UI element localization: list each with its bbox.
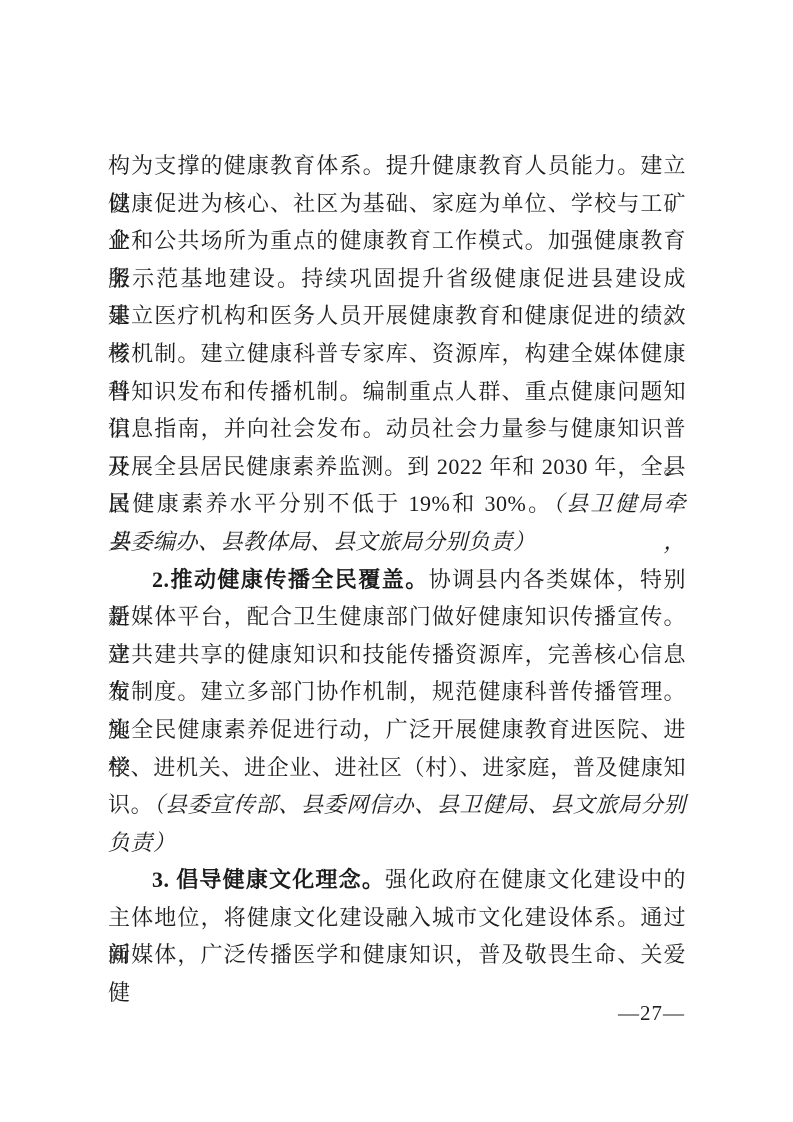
document-page: 构为支撑的健康教育体系。提升健康教育人员能力。建立以健康促进为核心、社区为基础、… bbox=[0, 0, 793, 1122]
text-line: 构为支撑的健康教育体系。提升健康教育人员能力。建立以 bbox=[108, 147, 686, 185]
text-line: 闻媒体，广泛传播医学和健康知识，普及敬畏生命、关爱健 bbox=[108, 936, 686, 974]
body-text-run: 校、进机关、进企业、进社区（村）、进家庭，普及健康知 bbox=[108, 755, 686, 780]
body-text-run: 识。 bbox=[108, 792, 153, 817]
text-line: 2.推动健康传播全民覆盖。协调县内各类媒体，特别是 bbox=[108, 561, 686, 599]
text-line: 健康促进为核心、社区为基础、家庭为单位、学校与工矿企 bbox=[108, 185, 686, 223]
responsibility-note-run: 县委编办、县教体局、县文旅局分别负责） bbox=[108, 529, 536, 554]
responsibility-note-run: （县委宣传部、县委网信办、县卫健局、县文旅局分别 bbox=[153, 792, 686, 817]
text-line: 核机制。建立健康科普专家库、资源库，构建全媒体健康科 bbox=[108, 335, 686, 373]
text-line: 施全民健康素养促进行动，广泛开展健康教育进医院、进学 bbox=[108, 711, 686, 749]
section-heading-run: 2.推动健康传播全民覆盖。 bbox=[152, 567, 429, 592]
body-text-run: 强化政府在健康文化建设中的 bbox=[385, 867, 686, 892]
text-line: 立共建共享的健康知识和技能传播资源库，完善核心信息发 bbox=[108, 636, 686, 674]
body-text-run: 民健康素养水平分别不低于 19%和 30%。 bbox=[108, 491, 553, 516]
text-line: 识。（县委宣传部、县委网信办、县卫健局、县文旅局分别 bbox=[108, 786, 686, 824]
text-line: 布制度。建立多部门协作机制，规范健康科普传播管理。实 bbox=[108, 673, 686, 711]
document-body: 构为支撑的健康教育体系。提升健康教育人员能力。建立以健康促进为核心、社区为基础、… bbox=[108, 147, 686, 974]
text-line: 建立医疗机构和医务人员开展健康教育和健康促进的绩效考 bbox=[108, 297, 686, 335]
text-line: 主体地位，将健康文化建设融入城市文化建设体系。通过新 bbox=[108, 899, 686, 937]
responsibility-note-run: 负责） bbox=[108, 830, 176, 855]
text-line: 业和公共场所为重点的健康教育工作模式。加强健康教育服 bbox=[108, 222, 686, 260]
text-line: 开展全县居民健康素养监测。到 2022 年和 2030 年，全县居 bbox=[108, 448, 686, 486]
section-heading-run: 3. 倡导健康文化理念。 bbox=[152, 867, 385, 892]
text-line: 务示范基地建设。持续巩固提升省级健康促进县建设成果。 bbox=[108, 260, 686, 298]
text-line: 负责） bbox=[108, 824, 686, 862]
page-number: —27— bbox=[618, 1000, 685, 1026]
text-line: 信息指南，并向社会发布。动员社会力量参与健康知识普及。 bbox=[108, 410, 686, 448]
body-text-run: 闻媒体，广泛传播医学和健康知识，普及敬畏生命、关爱健 bbox=[108, 942, 686, 1005]
text-line: 新媒体平台，配合卫生健康部门做好健康知识传播宣传。建 bbox=[108, 598, 686, 636]
text-line: 3. 倡导健康文化理念。强化政府在健康文化建设中的 bbox=[108, 861, 686, 899]
text-line: 民健康素养水平分别不低于 19%和 30%。（县卫健局牵头， bbox=[108, 485, 686, 523]
text-line: 普知识发布和传播机制。编制重点人群、重点健康问题知识 bbox=[108, 373, 686, 411]
text-line: 校、进机关、进企业、进社区（村）、进家庭，普及健康知 bbox=[108, 749, 686, 787]
